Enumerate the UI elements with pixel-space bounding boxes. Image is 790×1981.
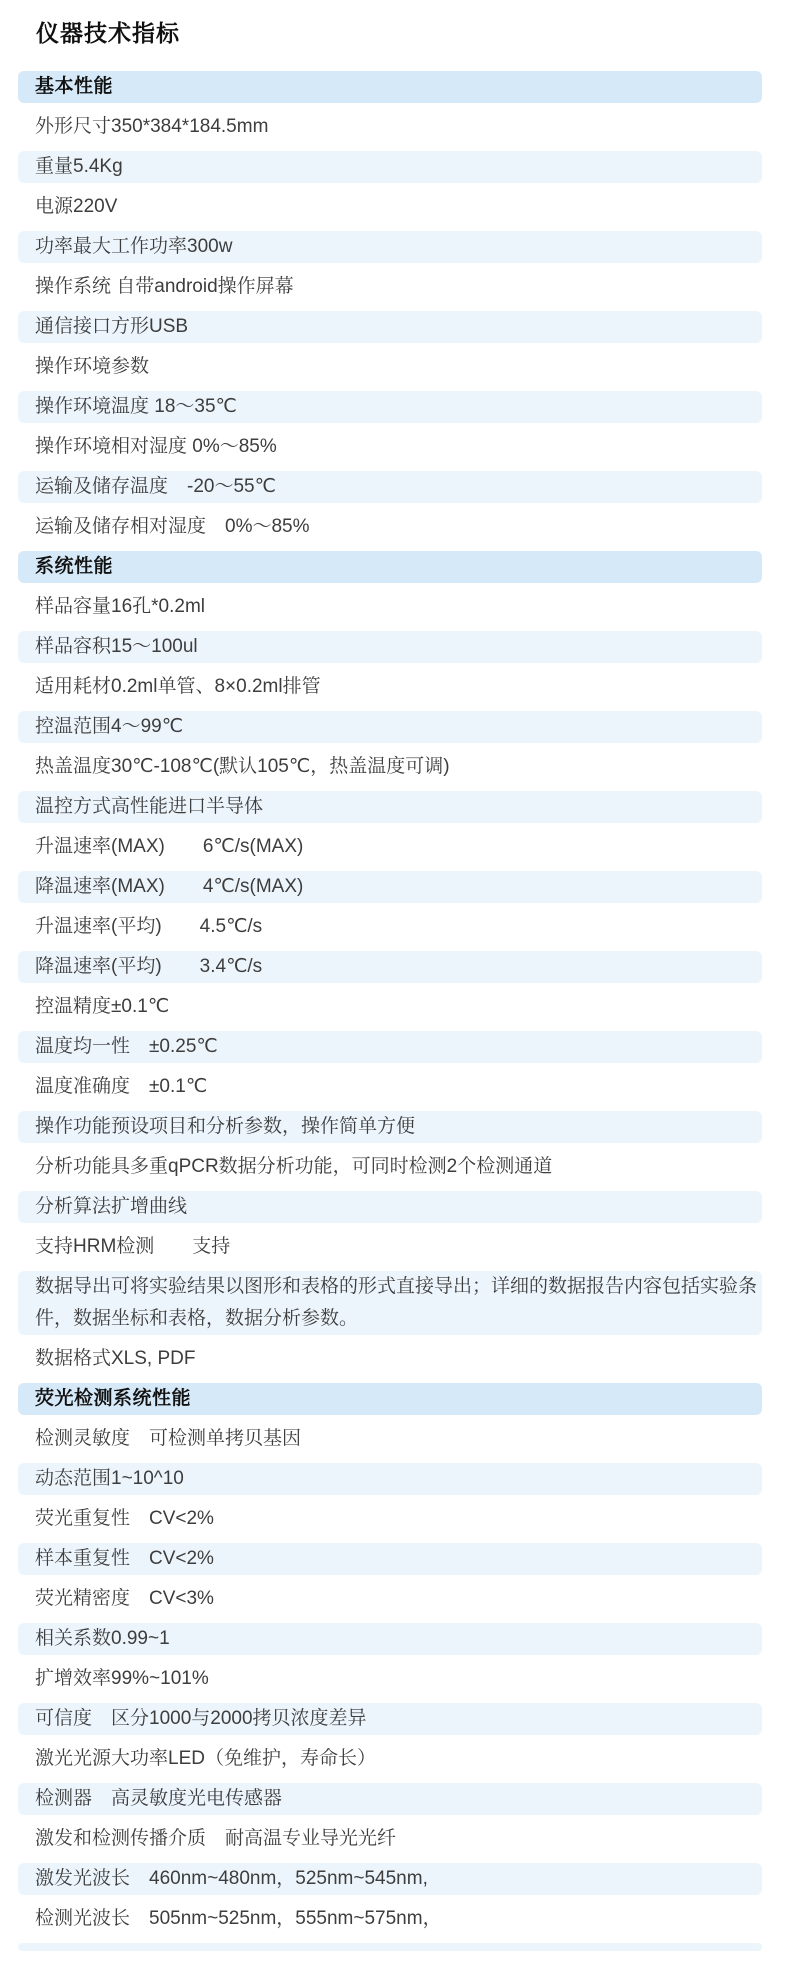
spec-table: 基本性能外形尺寸350*384*184.5mm重量5.4Kg电源220V功率最大… <box>0 67 790 1939</box>
spec-row: 运输及储存相对湿度 0%～85% <box>18 511 762 543</box>
spec-row: 温度均一性 ±0.25℃ <box>18 1031 762 1063</box>
truncated-row-band <box>18 1943 762 1951</box>
spec-row: 操作环境参数 <box>18 351 762 383</box>
spec-row: 可信度 区分1000与2000拷贝浓度差异 <box>18 1703 762 1735</box>
spec-row: 运输及储存温度 -20～55℃ <box>18 471 762 503</box>
spec-row: 降温速率(MAX) 4℃/s(MAX) <box>18 871 762 903</box>
spec-row: 温控方式高性能进口半导体 <box>18 791 762 823</box>
spec-row: 降温速率(平均) 3.4℃/s <box>18 951 762 983</box>
spec-row: 动态范围1~10^10 <box>18 1463 762 1495</box>
spec-row: 激发光波长 460nm~480nm，525nm~545nm, <box>18 1863 762 1895</box>
spec-row: 电源220V <box>18 191 762 223</box>
spec-row: 外形尺寸350*384*184.5mm <box>18 111 762 143</box>
spec-row: 检测光波长 505nm~525nm，555nm~575nm， <box>18 1903 762 1935</box>
spec-row: 相关系数0.99~1 <box>18 1623 762 1655</box>
spec-row: 操作环境相对湿度 0%～85% <box>18 431 762 463</box>
spec-row: 功率最大工作功率300w <box>18 231 762 263</box>
spec-row: 样品容量16孔*0.2ml <box>18 591 762 623</box>
spec-row: 数据格式XLS, PDF <box>18 1343 762 1375</box>
spec-row: 样本重复性 CV<2% <box>18 1543 762 1575</box>
spec-row: 控温范围4～99℃ <box>18 711 762 743</box>
section-header: 系统性能 <box>18 551 762 583</box>
spec-row: 检测灵敏度 可检测单拷贝基因 <box>18 1423 762 1455</box>
spec-row: 升温速率(平均) 4.5℃/s <box>18 911 762 943</box>
spec-row: 分析功能具多重qPCR数据分析功能，可同时检测2个检测通道 <box>18 1151 762 1183</box>
spec-row: 检测器 高灵敏度光电传感器 <box>18 1783 762 1815</box>
spec-row: 操作环境温度 18～35℃ <box>18 391 762 423</box>
spec-row: 重量5.4Kg <box>18 151 762 183</box>
spec-row: 激发和检测传播介质 耐高温专业导光光纤 <box>18 1823 762 1855</box>
spec-row: 数据导出可将实验结果以图形和表格的形式直接导出；详细的数据报告内容包括实验条件，… <box>18 1271 762 1335</box>
spec-row: 样品容积15～100ul <box>18 631 762 663</box>
spec-row: 温度准确度 ±0.1℃ <box>18 1071 762 1103</box>
spec-row: 操作系统 自带android操作屏幕 <box>18 271 762 303</box>
spec-row: 分析算法扩增曲线 <box>18 1191 762 1223</box>
spec-row: 操作功能预设项目和分析参数，操作简单方便 <box>18 1111 762 1143</box>
section-header: 基本性能 <box>18 71 762 103</box>
spec-row: 适用耗材0.2ml单管、8×0.2ml排管 <box>18 671 762 703</box>
page-title: 仪器技术指标 <box>0 0 790 47</box>
section-header: 荧光检测系统性能 <box>18 1383 762 1415</box>
spec-page: 仪器技术指标 基本性能外形尺寸350*384*184.5mm重量5.4Kg电源2… <box>0 0 790 1951</box>
spec-row: 升温速率(MAX) 6℃/s(MAX) <box>18 831 762 863</box>
spec-row: 控温精度±0.1℃ <box>18 991 762 1023</box>
spec-row: 扩增效率99%~101% <box>18 1663 762 1695</box>
spec-row: 热盖温度30℃-108℃(默认105℃，热盖温度可调) <box>18 751 762 783</box>
spec-row: 通信接口方形USB <box>18 311 762 343</box>
spec-row: 支持HRM检测 支持 <box>18 1231 762 1263</box>
spec-row: 激光光源大功率LED（免维护，寿命长） <box>18 1743 762 1775</box>
spec-row: 荧光重复性 CV<2% <box>18 1503 762 1535</box>
spec-row: 荧光精密度 CV<3% <box>18 1583 762 1615</box>
